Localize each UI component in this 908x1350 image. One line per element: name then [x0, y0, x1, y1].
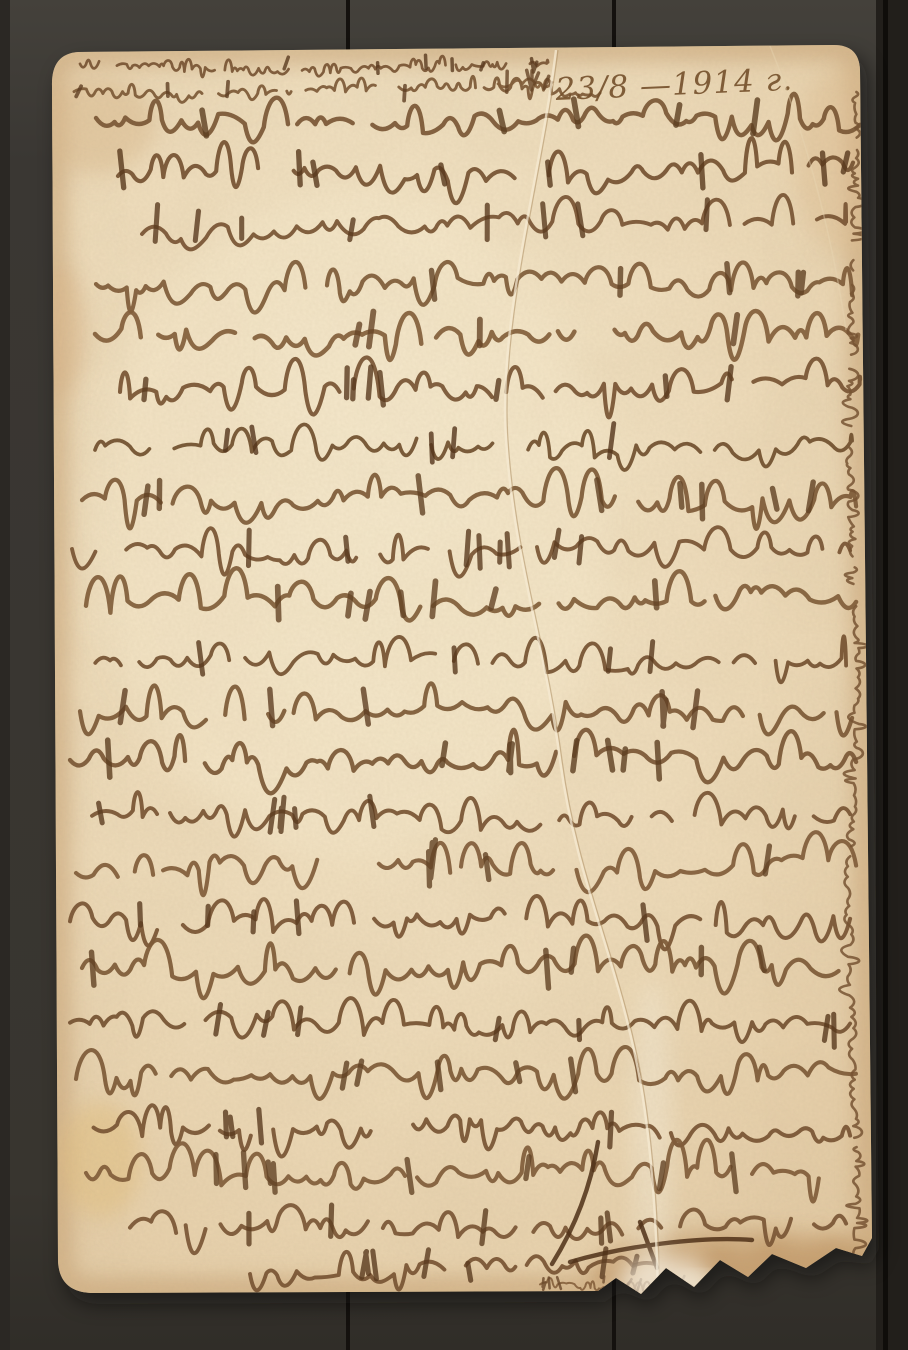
paper-grain-texture	[40, 35, 890, 1315]
board-seam-line-right	[883, 0, 888, 1350]
postcard-surface: 23/8 —1914 г.	[34, 35, 895, 1315]
scanned-postcard-photo: 23/8 —1914 г.	[0, 0, 908, 1350]
board-left-edge-shade	[0, 0, 10, 1350]
postcard-scan-canvas: 23/8 —1914 г.	[0, 0, 908, 1350]
board-right-edge-shade	[876, 0, 908, 1350]
